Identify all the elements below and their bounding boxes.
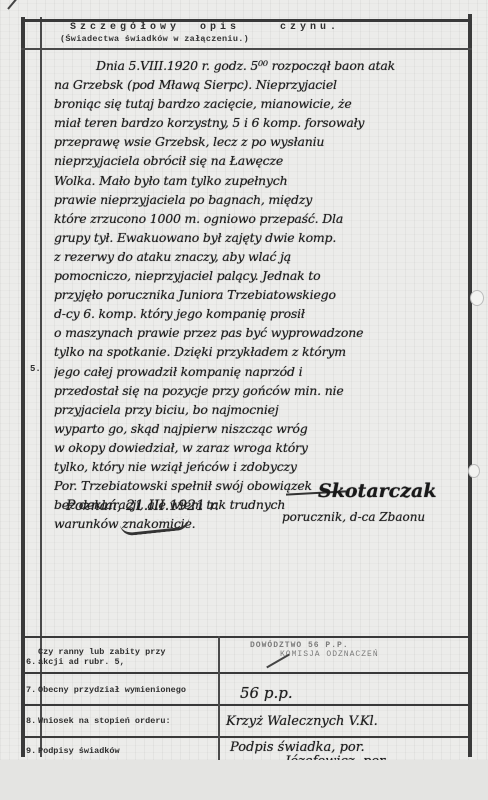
label-line: Wniosek na stopień orderu:: [38, 716, 171, 726]
table-row-6-label: Czy ranny lub zabity przy 6.akcji ad rub…: [26, 647, 216, 667]
handwritten-line: broniąc się tutaj bardzo zacięcie, miano…: [54, 94, 466, 113]
table-border-top: [21, 636, 472, 638]
paper-hole: [468, 464, 480, 478]
header-title-word: Szczegółowy: [70, 22, 180, 33]
scan-background: [0, 760, 488, 800]
label-line: Czy ranny lub zabity przy: [38, 647, 166, 657]
handwritten-line: w okopy dowiedział, w zaraz wroga który: [54, 438, 466, 457]
table-row-divider: [21, 672, 472, 674]
row-number-column-divider: [40, 17, 42, 757]
table-row-9-label: 9.Podpisy świadków: [26, 746, 216, 756]
table-row-7-label: 7.Obecny przydział wymienionego: [26, 685, 216, 695]
handwritten-line: jego całej prowadził kompanię naprzód i: [54, 362, 466, 381]
corner-pen-mark: [7, 0, 23, 10]
row-number: 6.: [26, 657, 38, 667]
handwritten-line: d-cy 6. komp. który jego kompanię prosił: [54, 304, 466, 323]
table-row-divider: [21, 704, 472, 706]
form-border-right: [468, 14, 472, 757]
handwritten-line: które zrzucono 1000 m. ogniowo przepaść.…: [54, 209, 466, 228]
handwritten-line: o maszynach prawie przez pas być wyprowa…: [54, 323, 466, 342]
handwritten-line: miał teren bardzo korzystny, 5 i 6 komp.…: [54, 113, 466, 132]
handwritten-line: wyparto go, skąd najpierw niszcząc wróg: [54, 419, 466, 438]
table-row-7-value: 56 p.p.: [240, 684, 293, 702]
label-line: Obecny przydział wymienionego: [38, 685, 186, 695]
handwritten-line: przyjęło porucznika Juniora Trzebiatowsk…: [54, 285, 466, 304]
table-row-8-value: Krzyż Walecznych V.Kl.: [226, 714, 378, 729]
header-title-word: czynu.: [280, 22, 340, 33]
form-border-left: [21, 17, 25, 757]
handwritten-line: nieprzyjaciela obrócił się na Ławęcze: [54, 151, 466, 170]
faint-stamp: DOWÓDZTWO 56 P.P. KOMISJA ODZNACZEŃ: [250, 641, 379, 659]
handwritten-line: Dnia 5.VIII.1920 r. godz. 5⁰⁰ rozpoczął …: [54, 56, 466, 75]
handwritten-line: przeprawę wsie Grzebsk, lecz z po wysłan…: [54, 132, 466, 151]
handwritten-line: z rezerwy do ataku znaczy, aby wlać ją: [54, 247, 466, 266]
handwritten-line: prawie nieprzyjaciela po bagnach, między: [54, 190, 466, 209]
row-number: 8.: [26, 716, 38, 726]
label-line: Podpisy świadków: [38, 746, 120, 756]
form-header: Szczegółowyopisczynu. (Świadectwa świadk…: [60, 22, 440, 44]
signature: Skotarczak: [318, 480, 437, 502]
header-subtitle: (Świadectwa świadków w załączeniu.): [60, 34, 440, 44]
header-title: Szczegółowyopisczynu.: [70, 22, 440, 33]
handwritten-line: przedostał się na pozycje przy gońców mi…: [54, 381, 466, 400]
table-row-divider: [21, 736, 472, 738]
row-number-5: 5.: [30, 364, 41, 374]
signature-title: porucznik, d-ca Zbaonu: [282, 510, 425, 524]
header-title-word: opis: [200, 22, 240, 33]
handwritten-line: Wolka. Mało było tam tylko zupełnych: [54, 171, 466, 190]
stamp-line: DOWÓDZTWO 56 P.P.: [250, 641, 379, 650]
scanned-document-page: Szczegółowyopisczynu. (Świadectwa świadk…: [0, 0, 488, 760]
paper-hole: [470, 290, 484, 306]
handwritten-description: Dnia 5.VIII.1920 r. godz. 5⁰⁰ rozpoczął …: [54, 56, 466, 533]
handwritten-line: na Grzebsk (pod Mławą Sierpc). Nieprzyja…: [54, 75, 466, 94]
handwritten-line: grupy tył. Ewakuowano był zajęty dwie ko…: [54, 228, 466, 247]
place-and-date: Poznań, 21.III.1921 r.: [66, 498, 219, 514]
table-column-divider: [218, 636, 220, 768]
header-divider: [21, 48, 472, 50]
handwritten-line: tylko na spotkanie. Dzięki przykładem z …: [54, 342, 466, 361]
row-number: 9.: [26, 746, 38, 756]
table-row-8-label: 8.Wniosek na stopień orderu:: [26, 716, 216, 726]
row-number: 7.: [26, 685, 38, 695]
stamp-line: KOMISJA ODZNACZEŃ: [280, 650, 379, 659]
handwritten-line: pomocniczo, nieprzyjaciel palący. Jednak…: [54, 266, 466, 285]
label-line: akcji ad rubr. 5,: [38, 657, 125, 667]
handwritten-line: tylko, który nie wziął jeńców i zdobyczy: [54, 457, 466, 476]
handwritten-line: przyjaciela przy biciu, bo najmocniej: [54, 400, 466, 419]
table-row-9-value: Podpis świadka, por.: [230, 740, 365, 755]
